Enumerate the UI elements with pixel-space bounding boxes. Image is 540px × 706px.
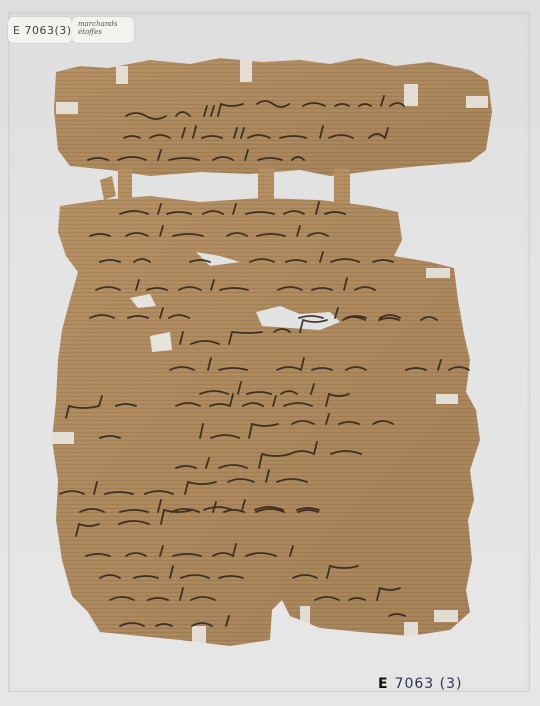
inventory-label-bottom: E7063 (3) (378, 676, 463, 692)
papyrus-main-body (52, 196, 480, 646)
papyrus-fragment (0, 0, 540, 706)
inventory-number-bottom: 7063 (3) (395, 676, 463, 692)
inventory-prefix-bottom: E (378, 676, 389, 692)
